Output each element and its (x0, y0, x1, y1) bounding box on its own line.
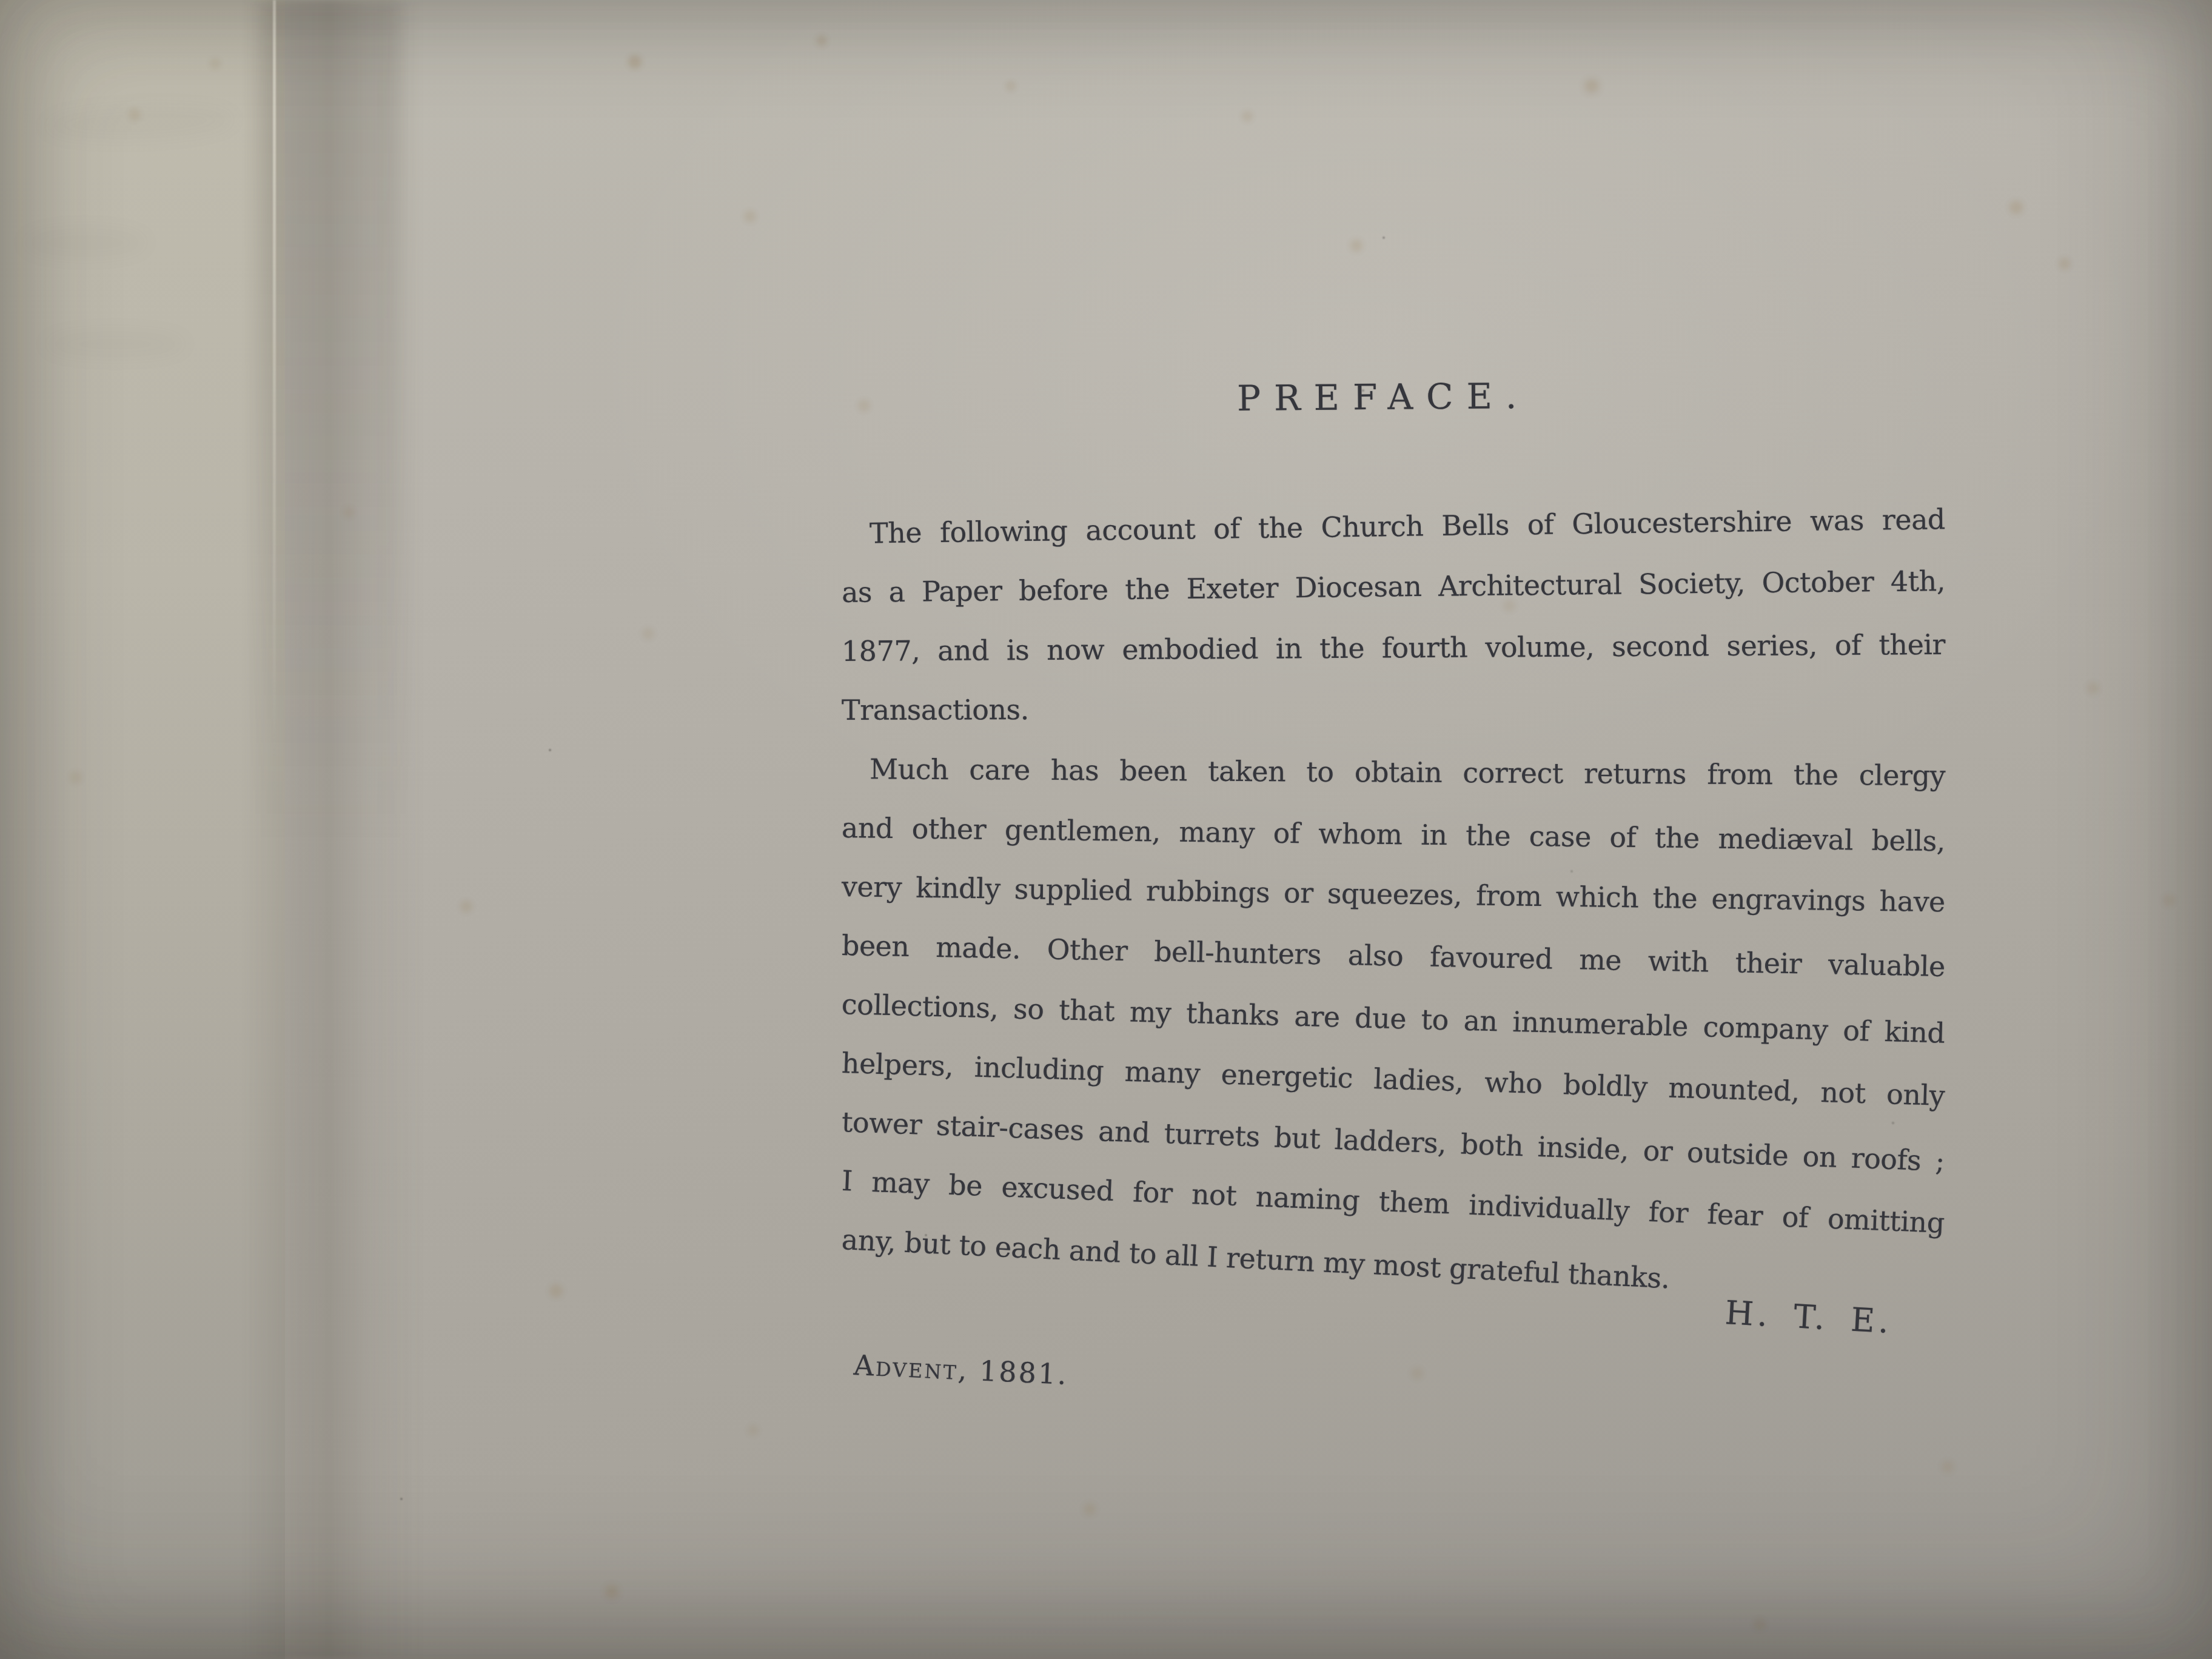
text-line: 1877, and is now embodied in the fourth … (842, 615, 1946, 681)
text-line: as a Paper before the Exeter Diocesan Ar… (841, 552, 1945, 622)
text-line: Much care has been taken to obtain corre… (842, 740, 1946, 805)
page-heading: PREFACE. (1237, 378, 1530, 416)
page-gutter-shadow-top (261, 0, 400, 849)
text-line: The following account of the Church Bell… (841, 490, 1945, 563)
show-through-smudge (42, 330, 188, 358)
text-line: Transactions. (842, 678, 1945, 740)
book-photo: PREFACE. The following account of the Ch… (0, 0, 2212, 1659)
show-through-smudge (21, 227, 149, 258)
dateline: Advent, 1881. (853, 1351, 1069, 1389)
facing-page-fore-edge (273, 0, 276, 758)
preface-text: The following account of the Church Bell… (842, 504, 1945, 1269)
show-through-smudge (42, 102, 237, 142)
author-initials: H. T. E. (1724, 1296, 1893, 1338)
